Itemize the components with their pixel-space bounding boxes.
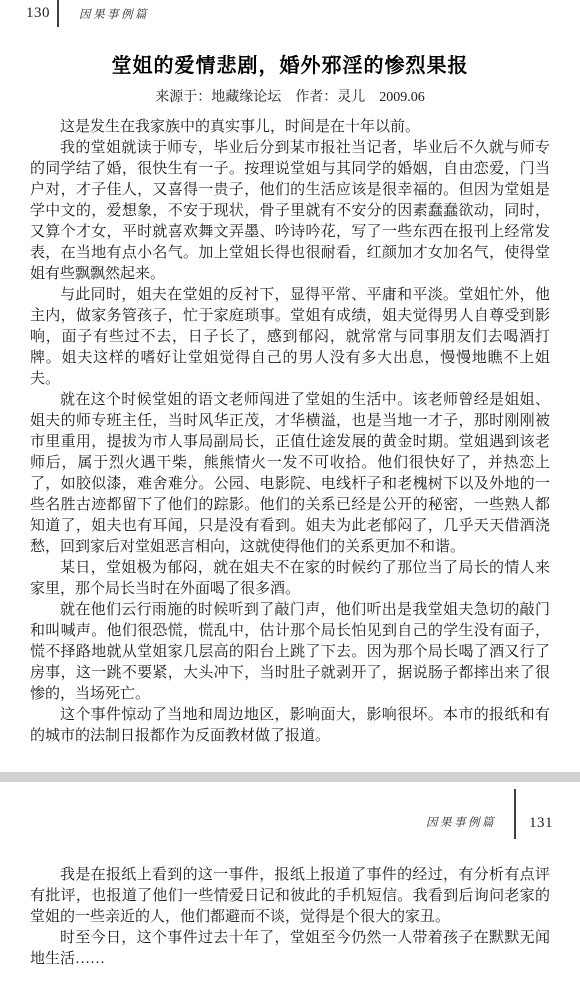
- source-line: 来源于：地藏缘论坛 作者：灵儿 2009.06: [0, 88, 580, 107]
- header-divider-rule: [514, 789, 516, 839]
- page-130-header: 130 因果事例篇: [0, 0, 580, 27]
- page-131-header: 因果事例篇 131: [0, 789, 580, 839]
- author-label: 作者：灵儿: [295, 88, 365, 107]
- paragraph: 与此同时，姐夫在堂姐的反衬下，显得平常、平庸和平淡。堂姐忙外，他主内，做家务管孩…: [30, 285, 550, 390]
- paragraph: 这个事件惊动了当地和周边地区，影响面大，影响很坏。本市的报纸和有的城市的法制日报…: [30, 705, 550, 747]
- page-separator: [0, 772, 580, 782]
- paragraph: 这是发生在我家族中的真实事儿，时间是在十年以前。: [30, 117, 550, 138]
- section-label: 因果事例篇: [79, 6, 149, 22]
- paragraph: 就在他们云行雨施的时候听到了敲门声，他们听出是我堂姐夫急切的敲门和叫喊声。他们很…: [30, 600, 550, 705]
- page-number: 130: [0, 5, 50, 22]
- paragraph: 某日，堂姐极为郁闷，就在姐夫不在家的时候约了那位当了局长的情人来家里，那个局长当…: [30, 558, 550, 600]
- article-body-page-130: 这是发生在我家族中的真实事儿，时间是在十年以前。 我的堂姐就读于师专，毕业后分到…: [30, 117, 550, 747]
- paragraph: 就在这个时候堂姐的语文老师闯进了堂姐的生活中。该老师曾经是姐姐、姐夫的师专班主任…: [30, 390, 550, 558]
- date-label: 2009.06: [379, 88, 425, 107]
- paragraph: 我是在报纸上看到的这一事件，报纸上报道了事件的经过，有分析有点评有批评，也报道了…: [30, 865, 550, 928]
- paragraph: 时至今日，这个事件过去十年了，堂姐至今仍然一人带着孩子在默默无闻地生活……: [30, 928, 550, 970]
- article-body-page-131: 我是在报纸上看到的这一事件，报纸上报道了事件的经过，有分析有点评有批评，也报道了…: [30, 865, 550, 970]
- source-label: 来源于：地藏缘论坛: [155, 88, 281, 107]
- article-title: 堂姐的爱情悲剧，婚外邪淫的惨烈果报: [20, 53, 560, 79]
- page-130: 130 因果事例篇 堂姐的爱情悲剧，婚外邪淫的惨烈果报 来源于：地藏缘论坛 作者…: [0, 0, 580, 772]
- section-label: 因果事例篇: [426, 814, 496, 830]
- page-131: 因果事例篇 131 我是在报纸上看到的这一事件，报纸上报道了事件的经过，有分析有…: [0, 789, 580, 1006]
- header-divider-rule: [57, 0, 59, 27]
- page-number: 131: [529, 815, 553, 832]
- paragraph: 我的堂姐就读于师专，毕业后分到某市报社当记者，毕业后不久就与师专的同学结了婚，很…: [30, 138, 550, 285]
